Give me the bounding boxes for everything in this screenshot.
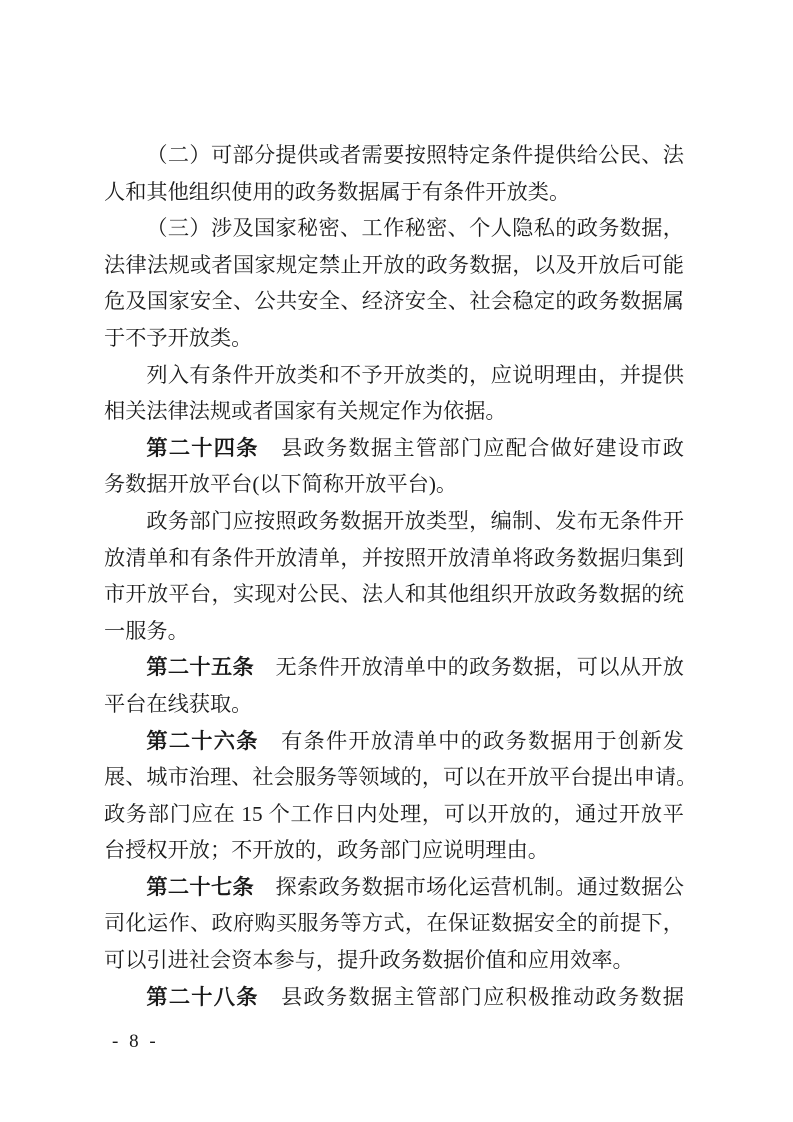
line-text: 市开放平台，实现对公民、法人和其他组织开放政务数据的统: [104, 582, 684, 606]
line-text: 一服务。: [104, 619, 189, 643]
line-text: （三）涉及国家秘密、工作秘密、个人隐私的政务数据，: [146, 216, 684, 240]
line-text: 司化运作、政府购买服务等方式，在保证数据安全的前提下，: [104, 911, 684, 935]
line-text: 政务部门应按照政务数据开放类型，编制、发布无条件开: [146, 509, 684, 533]
text-line: 第二十四条 县政务数据主管部门应配合做好建设市政: [104, 430, 684, 467]
line-text: 可以引进社会资本参与，提升政务数据价值和应用效率。: [104, 948, 634, 972]
text-line: 放清单和有条件开放清单，并按照开放清单将政务数据归集到: [104, 540, 684, 577]
text-line: 平台在线获取。: [104, 686, 684, 723]
line-text: 列入有条件开放类和不予开放类的，应说明理由，并提供: [146, 363, 684, 387]
text-line: 人和其他组织使用的政务数据属于有条件开放类。: [104, 174, 684, 211]
text-line: 第二十八条 县政务数据主管部门应积极推动政务数据: [104, 979, 684, 1016]
text-line: 第二十七条 探索政务数据市场化运营机制。通过数据公: [104, 869, 684, 906]
line-text: 探索政务数据市场化运营机制。通过数据公: [254, 875, 684, 899]
line-text: 县政务数据主管部门应配合做好建设市政: [259, 436, 684, 460]
text-line: 台授权开放；不开放的，政务部门应说明理由。: [104, 832, 684, 869]
page-number: - 8 -: [112, 1030, 159, 1054]
text-line: 司化运作、政府购买服务等方式，在保证数据安全的前提下，: [104, 905, 684, 942]
article-number: 第二十四条: [146, 436, 258, 460]
line-text: 县政务数据主管部门应积极推动政务数据: [259, 985, 684, 1009]
text-line: 市开放平台，实现对公民、法人和其他组织开放政务数据的统: [104, 576, 684, 613]
article-number: 第二十五条: [146, 655, 254, 679]
text-line: 政务部门应在 15 个工作日内处理，可以开放的，通过开放平: [104, 796, 684, 833]
text-line: 政务部门应按照政务数据开放类型，编制、发布无条件开: [104, 503, 684, 540]
text-line: 危及国家安全、公共安全、经济安全、社会稳定的政务数据属: [104, 283, 684, 320]
text-line: （三）涉及国家秘密、工作秘密、个人隐私的政务数据，: [104, 210, 684, 247]
line-text: 务数据开放平台(以下简称开放平台)。: [104, 472, 457, 496]
text-line: 务数据开放平台(以下简称开放平台)。: [104, 466, 684, 503]
line-text: 平台在线获取。: [104, 692, 252, 716]
line-text: 无条件开放清单中的政务数据，可以从开放: [254, 655, 684, 679]
article-number: 第二十六条: [146, 729, 258, 753]
line-text: 危及国家安全、公共安全、经济安全、社会稳定的政务数据属: [104, 289, 684, 313]
line-text: 台授权开放；不开放的，政务部门应说明理由。: [104, 838, 549, 862]
text-line: 相关法律法规或者国家有关规定作为依据。: [104, 393, 684, 430]
text-line: 展、城市治理、社会服务等领域的，可以在开放平台提出申请。: [104, 759, 684, 796]
line-text: （二）可部分提供或者需要按照特定条件提供给公民、法: [146, 143, 684, 167]
article-number: 第二十七条: [146, 875, 254, 899]
text-line: 于不予开放类。: [104, 320, 684, 357]
text-line: 第二十六条 有条件开放清单中的政务数据用于创新发: [104, 723, 684, 760]
document-page: （二）可部分提供或者需要按照特定条件提供给公民、法人和其他组织使用的政务数据属于…: [0, 0, 793, 1122]
line-text: 有条件开放清单中的政务数据用于创新发: [259, 729, 684, 753]
line-text: 人和其他组织使用的政务数据属于有条件开放类。: [104, 180, 570, 204]
line-text: 相关法律法规或者国家有关规定作为依据。: [104, 399, 507, 423]
text-line: 法律法规或者国家规定禁止开放的政务数据，以及开放后可能: [104, 247, 684, 284]
text-line: 一服务。: [104, 613, 684, 650]
line-text: 法律法规或者国家规定禁止开放的政务数据，以及开放后可能: [104, 253, 684, 277]
text-block: （二）可部分提供或者需要按照特定条件提供给公民、法人和其他组织使用的政务数据属于…: [104, 137, 684, 1015]
line-text: 放清单和有条件开放清单，并按照开放清单将政务数据归集到: [104, 546, 684, 570]
text-line: 可以引进社会资本参与，提升政务数据价值和应用效率。: [104, 942, 684, 979]
text-line: （二）可部分提供或者需要按照特定条件提供给公民、法: [104, 137, 684, 174]
text-line: 列入有条件开放类和不予开放类的，应说明理由，并提供: [104, 357, 684, 394]
text-line: 第二十五条 无条件开放清单中的政务数据，可以从开放: [104, 649, 684, 686]
line-text: 展、城市治理、社会服务等领域的，可以在开放平台提出申请。: [104, 765, 697, 789]
article-number: 第二十八条: [146, 985, 258, 1009]
line-text: 政务部门应在 15 个工作日内处理，可以开放的，通过开放平: [104, 802, 684, 826]
line-text: 于不予开放类。: [104, 326, 252, 350]
